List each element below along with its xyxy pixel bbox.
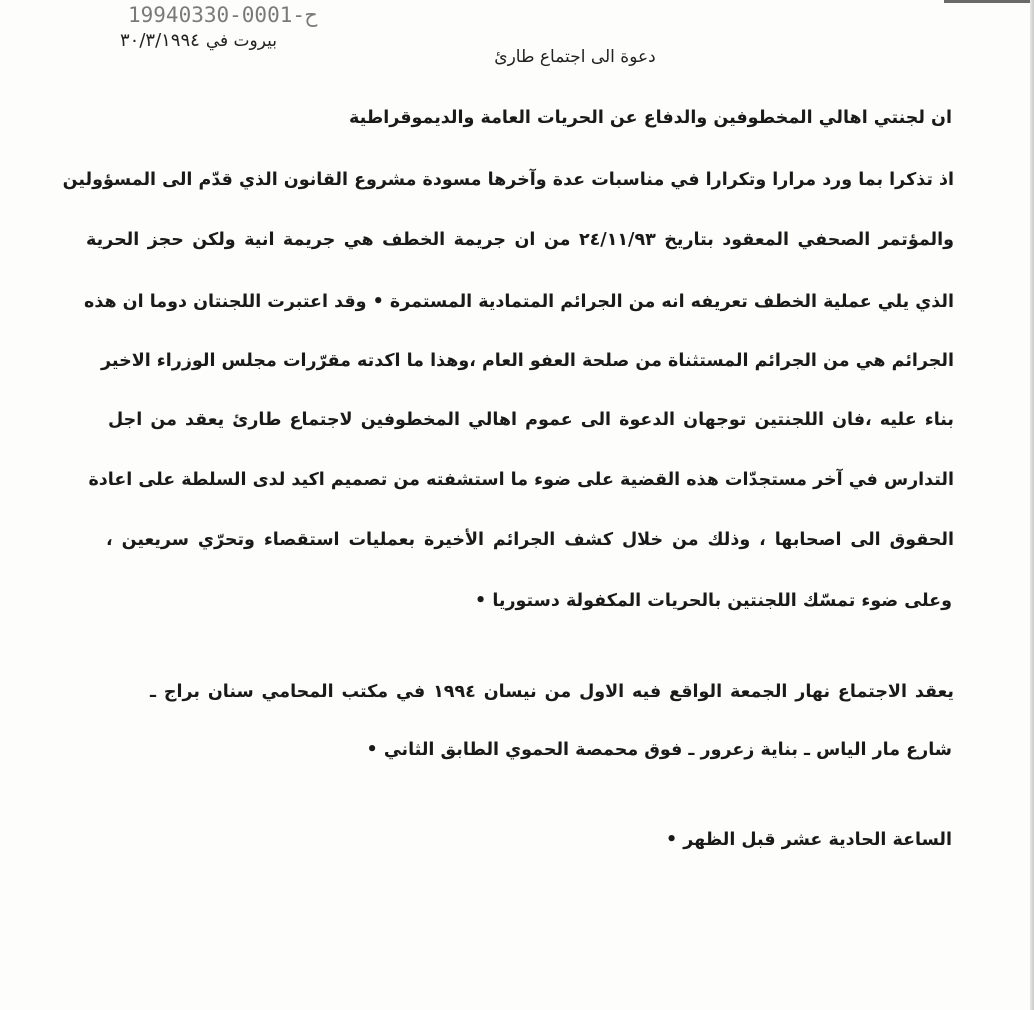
place-label: بيروت في [206, 31, 277, 51]
body-line-6: بناء عليه ،فان اللجنتين توجهان الدعوة ال… [108, 410, 954, 430]
body-line-3: والمؤتمر الصحفي المعقود بتاريخ ٢٤/١١/٩٣ … [86, 230, 954, 250]
place-date-line: بيروت في ٣٠/٣/١٩٩٤ [120, 30, 277, 51]
body-line-4: الذي يلي عملية الخطف تعريفه انه من الجرا… [84, 292, 954, 312]
body-line-5: الجرائم هي من الجرائم المستثناة من صلحة … [108, 351, 954, 371]
meeting-time: الساعة الحادية عشر قبل الظهر • [666, 830, 952, 850]
body-line-7: التدارس في آخر مستجدّات هذه القضية على ض… [108, 470, 954, 490]
meeting-line-2: شارع مار الياس ـ بناية زعرور ـ فوق محمصة… [367, 740, 952, 760]
scanned-document-page: 19940330-0001-ح بيروت في ٣٠/٣/١٩٩٤ دعوة … [0, 0, 1034, 1010]
meeting-line-1: يعقد الاجتماع نهار الجمعة الواقع فيه الا… [150, 682, 954, 702]
body-line-8: الحقوق الى اصحابها ، وذلك من خلال كشف ال… [106, 530, 954, 550]
scan-edge-right [1030, 0, 1034, 1010]
body-line-1: ان لجنتي اهالي المخطوفين والدفاع عن الحر… [349, 108, 952, 128]
scan-edge-top [944, 0, 1034, 3]
document-date: ٣٠/٣/١٩٩٤ [120, 30, 200, 51]
body-line-2: اذ تذكرا بما ورد مرارا وتكرارا في مناسبا… [96, 170, 954, 190]
document-title: دعوة الى اجتماع طارئ [455, 47, 695, 67]
archive-id: 19940330-0001-ح [128, 3, 318, 27]
body-line-9: وعلى ضوء تمسّك اللجنتين بالحريات المكفول… [475, 591, 952, 611]
